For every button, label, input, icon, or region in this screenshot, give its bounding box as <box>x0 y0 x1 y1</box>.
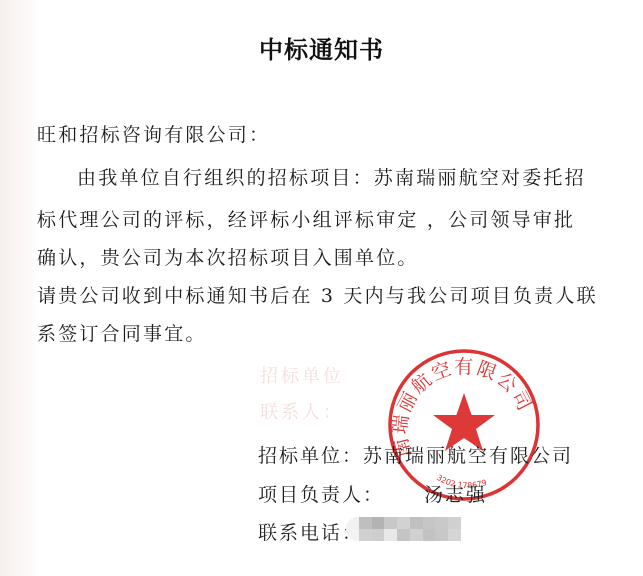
issuer-label: 招标单位： <box>258 445 363 467</box>
body-line-4: 请贵公司收到中标通知书后在 3 天内与我公司项目负责人联 <box>37 281 598 308</box>
recipient-line: 旺和招标咨询有限公司： <box>37 120 270 147</box>
body-line-1: 由我单位自行组织的招标项目：苏南瑞丽航空对委托招 <box>77 163 586 190</box>
redacted-phone-number <box>346 517 461 541</box>
faint-text-issuer: 招标单位 <box>260 362 344 388</box>
manager-label: 项目负责人： <box>258 484 384 506</box>
body-line-3: 确认，贵公司为本次招标项目入围单位。 <box>37 243 419 270</box>
faint-text-contact: 联系人： <box>260 398 344 424</box>
document-title: 中标通知书 <box>0 30 643 65</box>
body-line-2: 标代理公司的评标，经评标小组评标审定 ，公司领导审批 <box>37 205 575 232</box>
page-edge-shadow <box>0 0 40 576</box>
manager-row: 项目负责人：汤志强 <box>258 480 487 507</box>
manager-value: 汤志强 <box>424 484 487 506</box>
issuer-row: 招标单位：苏南瑞丽航空有限公司 <box>258 441 573 468</box>
body-line-5: 系签订合同事宜。 <box>37 319 207 346</box>
issuer-value: 苏南瑞丽航空有限公司 <box>363 445 573 467</box>
